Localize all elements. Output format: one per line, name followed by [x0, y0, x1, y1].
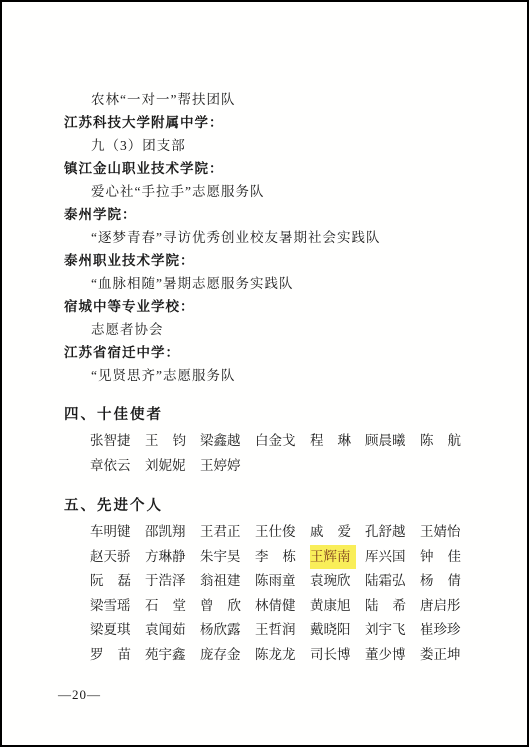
person-name: 白金戈 — [255, 429, 301, 454]
person-name: 石堂 — [145, 594, 191, 619]
person-name: 王仕俊 — [255, 520, 301, 545]
team-name-line: 志愿者协会 — [64, 318, 487, 341]
person-name: 刘妮妮 — [145, 454, 191, 479]
person-name: 车明键 — [90, 520, 136, 545]
school-name-line: 泰州学院： — [64, 203, 487, 226]
person-name: 黄康旭 — [310, 594, 356, 619]
person-name: 戚爱 — [310, 520, 356, 545]
person-name: 赵天骄 — [90, 545, 136, 570]
person-name: 林倩健 — [255, 594, 301, 619]
school-name-line: 镇江金山职业技术学院： — [64, 157, 487, 180]
person-name: 方琳静 — [145, 545, 191, 570]
team-name-line: “血脉相随”暑期志愿服务实践队 — [64, 272, 487, 295]
person-name: 朱宇昊 — [200, 545, 246, 570]
section-title: 四、十佳使者 — [64, 402, 487, 429]
school-name-line: 江苏科技大学附属中学： — [64, 111, 487, 134]
person-name: 阮磊 — [90, 569, 136, 594]
team-name-line: “逐梦青春”寻访优秀创业校友暑期社会实践队 — [64, 226, 487, 249]
person-name: 苑宇鑫 — [145, 643, 191, 668]
person-name: 孔舒越 — [365, 520, 411, 545]
team-name-line: 农林“一对一”帮扶团队 — [64, 88, 487, 111]
school-name-line: 泰州职业技术学院： — [64, 249, 487, 272]
person-name: 程琳 — [310, 429, 356, 454]
name-row: 张智捷王钧梁鑫越白金戈程琳顾晨曦陈航 — [64, 429, 487, 454]
person-name: 王婷婷 — [200, 454, 246, 479]
name-row: 梁雪瑶石堂曾欣林倩健黄康旭陆希唐启彤 — [64, 594, 487, 619]
team-name-line: “见贤思齐”志愿服务队 — [64, 364, 487, 387]
person-name: 于浩泽 — [145, 569, 191, 594]
section-title: 五、先进个人 — [64, 493, 487, 520]
person-name: 梁鑫越 — [200, 429, 246, 454]
page-content: 农林“一对一”帮扶团队江苏科技大学附属中学：九（3）团支部镇江金山职业技术学院：… — [2, 2, 527, 667]
person-name: 王哲润 — [255, 618, 301, 643]
person-name: 翁祖建 — [200, 569, 246, 594]
person-name: 梁夏琪 — [90, 618, 136, 643]
person-name: 唐启彤 — [420, 594, 466, 619]
sections: 四、十佳使者张智捷王钧梁鑫越白金戈程琳顾晨曦陈航章依云刘妮妮王婷婷五、先进个人车… — [64, 402, 487, 667]
name-row: 梁夏琪袁闻茹杨欣露王哲润戴晓阳刘宇飞崔珍珍 — [64, 618, 487, 643]
person-name: 顾晨曦 — [365, 429, 411, 454]
name-row: 赵天骄方琳静朱宇昊李栋王辉南厍兴国钟佳 — [64, 545, 487, 570]
person-name: 娄正坤 — [420, 643, 466, 668]
person-name: 杨欣露 — [200, 618, 246, 643]
person-name: 袁琬欣 — [310, 569, 356, 594]
person-name: 陆霜弘 — [365, 569, 411, 594]
person-name: 李栋 — [255, 545, 301, 570]
document-page: 农林“一对一”帮扶团队江苏科技大学附属中学：九（3）团支部镇江金山职业技术学院：… — [0, 0, 529, 747]
person-name: 袁闻茹 — [145, 618, 191, 643]
page-number: —20— — [58, 687, 101, 703]
school-name-line: 宿城中等专业学校： — [64, 295, 487, 318]
person-name: 厍兴国 — [365, 545, 411, 570]
person-name: 杨倩 — [420, 569, 466, 594]
person-name: 张智捷 — [90, 429, 136, 454]
name-row: 章依云刘妮妮王婷婷 — [64, 454, 487, 479]
person-name: 邵凯翔 — [145, 520, 191, 545]
person-name: 梁雪瑶 — [90, 594, 136, 619]
person-name: 刘宇飞 — [365, 618, 411, 643]
name-row: 阮磊于浩泽翁祖建陈雨童袁琬欣陆霜弘杨倩 — [64, 569, 487, 594]
person-name: 钟佳 — [420, 545, 466, 570]
person-name: 王钧 — [145, 429, 191, 454]
person-name: 戴晓阳 — [310, 618, 356, 643]
person-name: 崔珍珍 — [420, 618, 466, 643]
name-row: 罗苗苑宇鑫庞存金陈龙龙司长博董少博娄正坤 — [64, 643, 487, 668]
person-name: 陈航 — [420, 429, 466, 454]
person-name: 曾欣 — [200, 594, 246, 619]
person-name: 王婧怡 — [420, 520, 466, 545]
team-name-line: 九（3）团支部 — [64, 134, 487, 157]
person-name: 王君正 — [200, 520, 246, 545]
name-row: 车明键邵凯翔王君正王仕俊戚爱孔舒越王婧怡 — [64, 520, 487, 545]
person-name: 司长博 — [310, 643, 356, 668]
names-section: 五、先进个人车明键邵凯翔王君正王仕俊戚爱孔舒越王婧怡赵天骄方琳静朱宇昊李栋王辉南… — [64, 493, 487, 667]
school-name-line: 江苏省宿迁中学： — [64, 341, 487, 364]
person-name: 庞存金 — [200, 643, 246, 668]
team-name-line: 爱心社“手拉手”志愿服务队 — [64, 180, 487, 203]
person-name: 罗苗 — [90, 643, 136, 668]
team-list: 农林“一对一”帮扶团队江苏科技大学附属中学：九（3）团支部镇江金山职业技术学院：… — [64, 88, 487, 387]
person-name-highlighted: 王辉南 — [310, 545, 356, 570]
person-name: 章依云 — [90, 454, 136, 479]
names-section: 四、十佳使者张智捷王钧梁鑫越白金戈程琳顾晨曦陈航章依云刘妮妮王婷婷 — [64, 402, 487, 478]
person-name: 董少博 — [365, 643, 411, 668]
person-name: 陈雨童 — [255, 569, 301, 594]
person-name: 陆希 — [365, 594, 411, 619]
person-name: 陈龙龙 — [255, 643, 301, 668]
